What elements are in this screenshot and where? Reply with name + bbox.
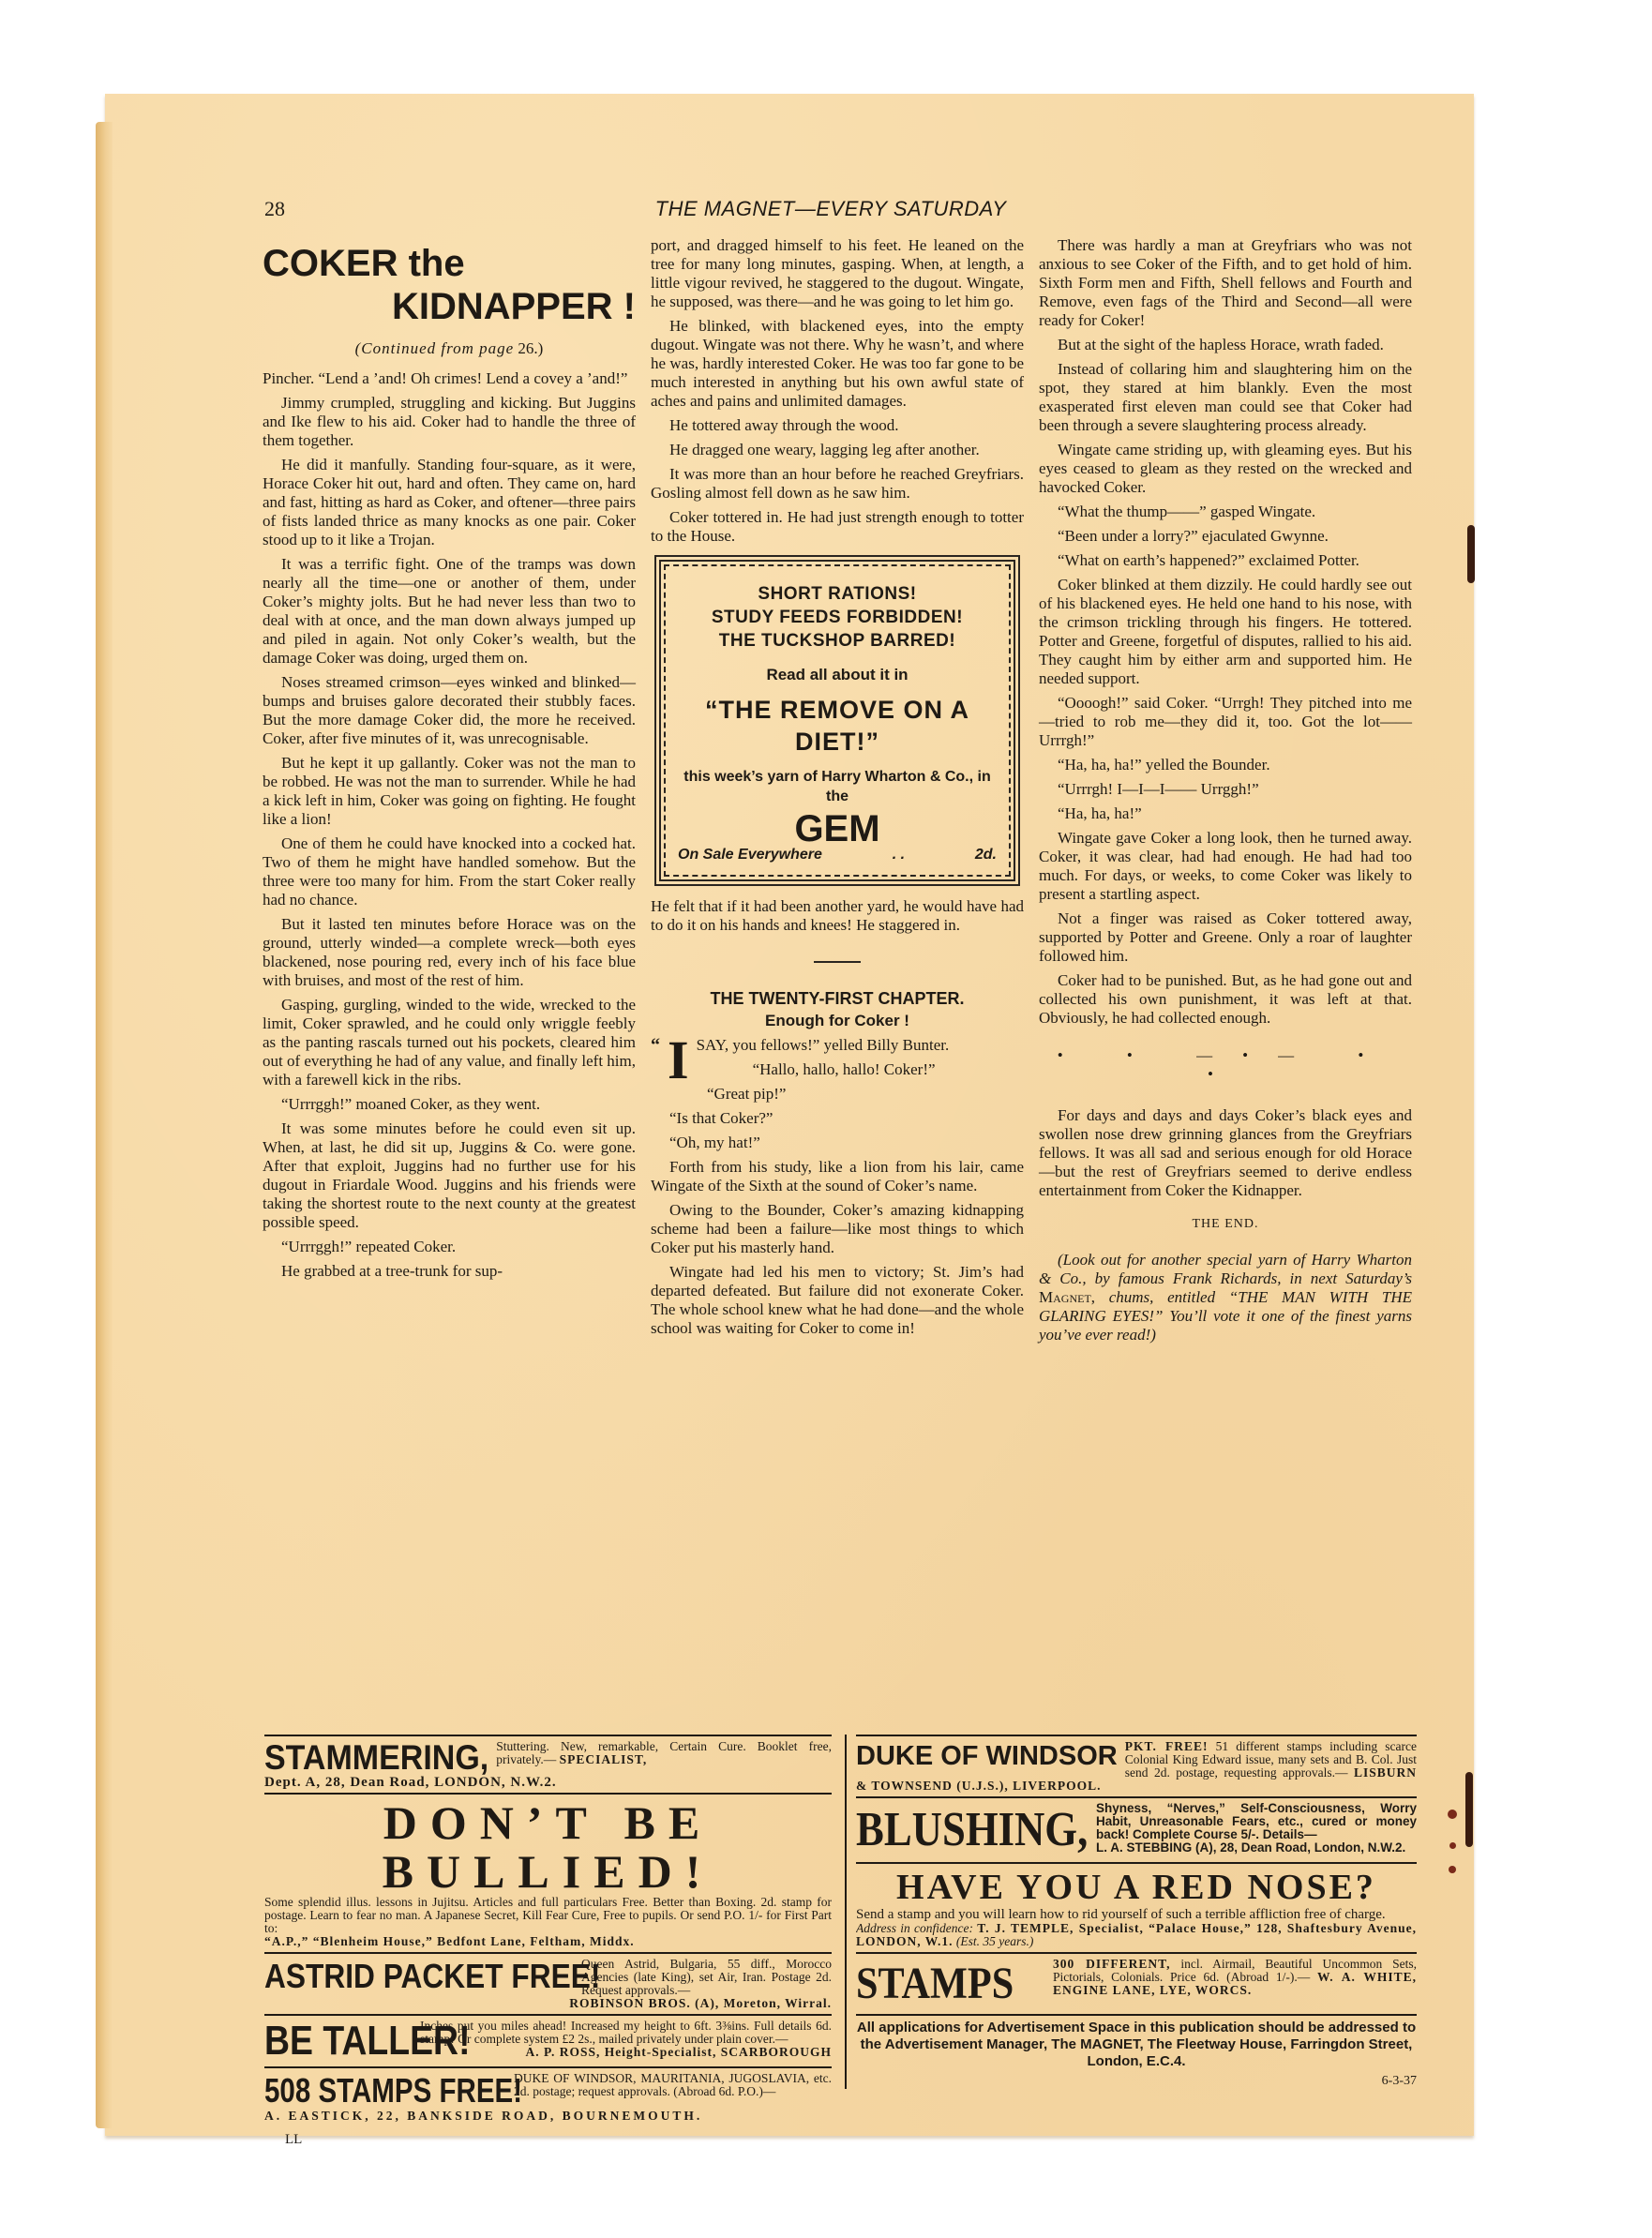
paragraph: Forth from his study, like a lion from h… (651, 1158, 1024, 1195)
advertising-applications-notice: All applications for Advertisement Space… (856, 2014, 1417, 2070)
paragraph: He tottered away through the wood. (651, 416, 1024, 435)
paragraph: He blinked, with blackened eyes, into th… (651, 317, 1024, 411)
paragraph: SAY, you fellows!” yelled Billy Bunter. (651, 1036, 1024, 1055)
paragraph: Gasping, gurgling, winded to the wide, w… (263, 996, 636, 1089)
paragraph: It was more than an hour before he reach… (651, 465, 1024, 503)
paragraph: For days and days and days Coker’s black… (1039, 1106, 1412, 1200)
paragraph: Wingate gave Coker a long look, then he … (1039, 829, 1412, 904)
paragraph: Noses streamed crimson—eyes winked and b… (263, 673, 636, 748)
ad-headline: DUKE OF WINDSOR (856, 1740, 1118, 1772)
continued-label: (Continued from page (355, 339, 515, 357)
paragraph: “Ha, ha, ha!” yelled the Bounder. (1039, 756, 1412, 774)
chapter-subheading: Enough for Coker ! (651, 1012, 1024, 1030)
ad-headline: BLUSHING, (856, 1802, 1058, 1858)
chapter-opening: “ I SAY, you fellows!” yelled Billy Bunt… (651, 1036, 1024, 1109)
rust-spot (1449, 1842, 1456, 1849)
continued-from: (Continued from page 26.) (263, 339, 636, 358)
story-title-line-1: COKER the (263, 242, 636, 285)
paragraph: Coker blinked at them dizzily. He could … (1039, 576, 1412, 688)
ad-address: A. EASTICK, 22, BANKSIDE ROAD, BOURNEMOU… (264, 2110, 832, 2123)
paragraph: “Great pip!” (651, 1085, 1024, 1104)
section-separator: • • —•— • • (1039, 1046, 1412, 1084)
ad-stamps: STAMPS 300 DIFFERENT, incl. Airmail, Bea… (856, 1952, 1417, 2014)
paragraph: Jimmy crumpled, struggling and kicking. … (263, 394, 636, 450)
ad-headline: STAMPS (856, 1958, 1021, 2010)
ad-dont-be-bullied: DON’T BE BULLIED! Some splendid illus. l… (264, 1793, 832, 1952)
opening-quote: “ (651, 1036, 660, 1055)
staple-mark-bottom (1465, 1772, 1473, 1847)
ad-headline: 508 STAMPS FREE! (264, 2072, 464, 2110)
ad-address: Dept. A, 28, Dean Road, LONDON, N.W.2. (264, 1776, 832, 1789)
paragraph: “Urrrggh!” moaned Coker, as they went. (263, 1095, 636, 1114)
story-column-2: port, and dragged himself to his feet. H… (651, 236, 1024, 1344)
paragraph: Instead of collaring him and slaughterin… (1039, 360, 1412, 435)
chapter-heading: THE TWENTY-FIRST CHAPTER. (651, 989, 1024, 1008)
paragraph: “Ha, ha, ha!” (1039, 804, 1412, 823)
paragraph: “What on earth’s happened?” exclaimed Po… (1039, 551, 1412, 570)
paragraph: He did it manfully. Standing four-square… (263, 456, 636, 549)
paragraph: It was a terrific fight. One of the tram… (263, 555, 636, 668)
paragraph: But he kept it up gallantly. Coker was n… (263, 754, 636, 829)
ad-address-label: Address in confidence: (856, 1921, 973, 1935)
rust-spot (1449, 1866, 1456, 1873)
paragraph: “Hallo, hallo, hallo! Coker!” (651, 1060, 1024, 1079)
ad-astrid-packet: ASTRID PACKET FREE! Queen Astrid, Bulgar… (264, 1952, 832, 2014)
story-column-1: COKER the KIDNAPPER ! (Continued from pa… (263, 242, 636, 1286)
paragraph: “Oh, my hat!” (651, 1134, 1024, 1152)
paragraph: It was some minutes before he could even… (263, 1119, 636, 1232)
next-week-notice: (Look out for another special yarn of Ha… (1039, 1251, 1412, 1344)
gem-headline: STUDY FEEDS FORBIDDEN! (678, 606, 997, 629)
notice-part-1: (Look out for another special yarn of Ha… (1039, 1251, 1412, 1287)
ad-headline: HAVE YOU A RED NOSE? (856, 1868, 1417, 1907)
paragraph: “Is that Coker?” (651, 1109, 1024, 1128)
story-title-line-2: KIDNAPPER ! (263, 285, 636, 328)
magazine-page: 28 THE MAGNET—EVERY SATURDAY COKER the K… (105, 94, 1474, 2136)
ad-address: “A.P.,” “Blenheim House,” Bedfont Lane, … (264, 1935, 832, 1948)
ad-duke-of-windsor: DUKE OF WINDSOR PKT. FREE! 51 different … (856, 1735, 1417, 1796)
paragraph: He grabbed at a tree-trunk for sup- (263, 1262, 636, 1281)
ad-bold-text: SPECIALIST, (560, 1752, 648, 1766)
gem-read-line: Read all about it in (678, 666, 997, 684)
gem-publication-name: GEM (678, 819, 997, 838)
gem-price: 2d. (975, 846, 997, 864)
paragraph: One of them he could have knocked into a… (263, 834, 636, 909)
magnet-name: Magnet, (1039, 1288, 1095, 1306)
paragraph: Owing to the Bounder, Coker’s amazing ki… (651, 1201, 1024, 1257)
ad-address: ROBINSON BROS. (A), Moreton, Wirral. (264, 1997, 832, 2010)
ad-be-taller: BE TALLER! Inches put you miles ahead! I… (264, 2014, 832, 2066)
paragraph: He dragged one weary, lagging leg after … (651, 441, 1024, 459)
paragraph: Coker tottered in. He had just strength … (651, 508, 1024, 546)
ad-headline: BE TALLER! (264, 2020, 392, 2063)
paragraph: port, and dragged himself to his feet. H… (651, 236, 1024, 311)
paragraph: He felt that if it had been another yard… (651, 897, 1024, 935)
ad-body: Some splendid illus. lessons in Jujitsu.… (264, 1896, 832, 1935)
running-head: THE MAGNET—EVERY SATURDAY (624, 197, 1037, 221)
ad-bold-text: 300 DIFFERENT, (1053, 1957, 1171, 1971)
paragraph: “What the thump——” gasped Wingate. (1039, 503, 1412, 521)
paragraph: “Urrrgh! I—I—I—— Urrggh!” (1039, 780, 1412, 799)
gem-headline: SHORT RATIONS! (678, 582, 997, 606)
paragraph: “Been under a lorry?” ejaculated Gwynne. (1039, 527, 1412, 546)
paragraph: “Oooogh!” said Coker. “Urrgh! They pitch… (1039, 694, 1412, 750)
staple-mark-top (1467, 525, 1475, 583)
the-end: THE END. (1039, 1215, 1412, 1234)
paragraph: But it lasted ten minutes before Horace … (263, 915, 636, 990)
gem-subtitle: this week’s yarn of Harry Wharton & Co.,… (678, 767, 997, 806)
issue-date: 6-3-37 (856, 2074, 1417, 2089)
gem-sale-dots: . . (893, 846, 905, 864)
paragraph: Pincher. “Lend a ’and! Oh crimes! Lend a… (263, 369, 636, 388)
gem-sale-text: On Sale Everywhere (678, 846, 822, 864)
ad-bold-text: PKT. FREE! (1125, 1739, 1209, 1753)
gem-story-title: “THE REMOVE ON A DIET!” (678, 694, 997, 758)
page-number: 28 (264, 197, 285, 221)
ad-established: (Est. 35 years.) (956, 1934, 1033, 1948)
notice-part-2: chums, entitled “THE MAN WITH THE GLARIN… (1039, 1288, 1412, 1344)
ad-headline: DON’T BE BULLIED! (264, 1798, 832, 1896)
story-column-3: There was hardly a man at Greyfriars who… (1039, 236, 1412, 1350)
ad-508-stamps: 508 STAMPS FREE! DUKE OF WINDSOR, MAURIT… (264, 2066, 832, 2126)
gem-headline: THE TUCKSHOP BARRED! (678, 629, 997, 653)
ads-right-column: DUKE OF WINDSOR PKT. FREE! 51 different … (845, 1735, 1417, 2089)
ad-headline: ASTRID PACKET FREE! (264, 1958, 536, 1995)
printer-mark: LL (285, 2132, 832, 2148)
paragraph: There was hardly a man at Greyfriars who… (1039, 236, 1412, 330)
ad-headline: STAMMERING, (264, 1738, 488, 1778)
paragraph: But at the sight of the hapless Horace, … (1039, 336, 1412, 354)
paragraph: Coker had to be punished. But, as he had… (1039, 971, 1412, 1028)
drop-cap: I (668, 1038, 689, 1083)
section-rule (814, 961, 861, 963)
ad-body: Send a stamp and you will learn how to r… (856, 1907, 1417, 1922)
ad-blushing: BLUSHING, Shyness, “Nerves,” Self-Consci… (856, 1796, 1417, 1862)
ads-left-column: STAMMERING, Stuttering. New, remarkable,… (264, 1735, 832, 2148)
page-edge (96, 122, 113, 2128)
rust-spot (1448, 1810, 1457, 1819)
paragraph: Not a finger was raised as Coker tottere… (1039, 909, 1412, 966)
gem-advertisement-box: SHORT RATIONS! STUDY FEEDS FORBIDDEN! TH… (654, 555, 1020, 886)
ad-address-line: Address in confidence: T. J. TEMPLE, Spe… (856, 1922, 1417, 1948)
paragraph: Wingate had led his men to victory; St. … (651, 1263, 1024, 1338)
paragraph: Wingate came striding up, with gleaming … (1039, 441, 1412, 497)
ad-red-nose: HAVE YOU A RED NOSE? Send a stamp and yo… (856, 1862, 1417, 1952)
ad-stammering: STAMMERING, Stuttering. New, remarkable,… (264, 1735, 832, 1793)
ad-text: Stuttering. New, remarkable, Certain Cur… (496, 1739, 832, 1766)
paragraph: “Urrrggh!” repeated Coker. (263, 1238, 636, 1256)
continued-page: 26.) (518, 339, 543, 357)
